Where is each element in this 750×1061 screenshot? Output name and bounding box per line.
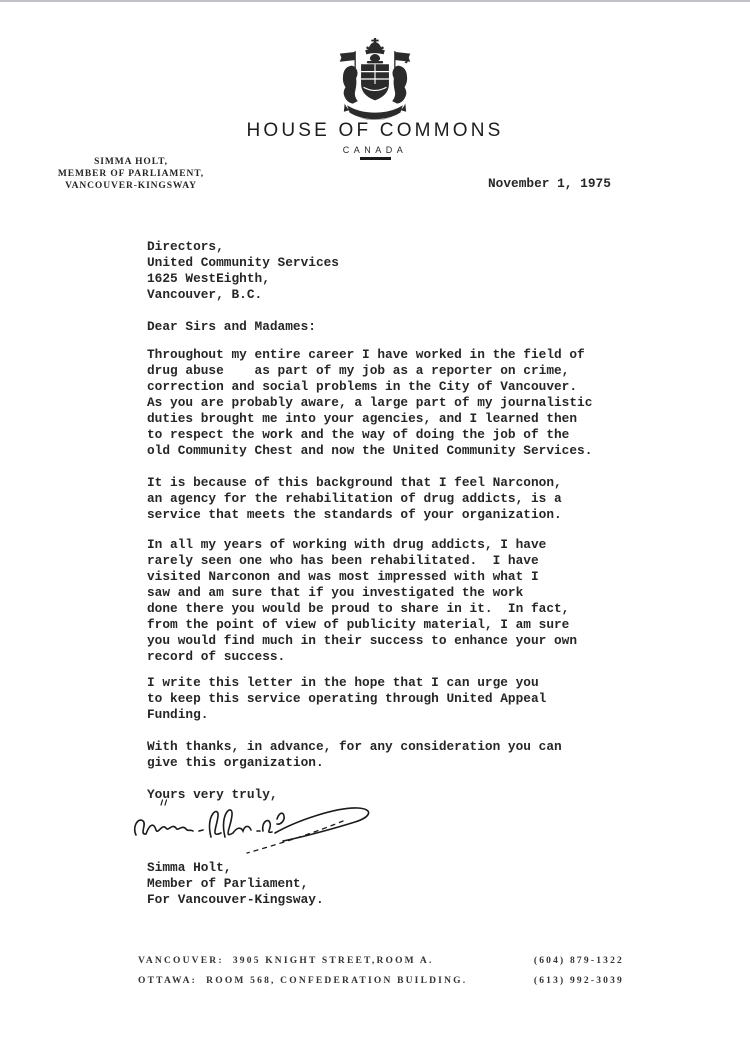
sender-riding: VANCOUVER-KINGSWAY (36, 180, 226, 192)
scan-edge-line (0, 0, 750, 2)
footer-phone: (604) 879-1322 (534, 951, 624, 971)
footer-row-vancouver: VANCOUVER: 3905 KNIGHT STREET,ROOM A. (6… (138, 951, 624, 971)
country-label: CANADA (0, 145, 750, 155)
letterhead-rule (360, 157, 391, 160)
paragraph: Throughout my entire career I have worke… (147, 347, 637, 459)
paragraph: With thanks, in advance, for any conside… (147, 739, 637, 771)
letter-page: HOUSE OF COMMONS CANADA SIMMA HOLT, MEMB… (0, 0, 750, 1061)
letter-body: Directors, United Community Services 162… (147, 239, 637, 803)
signer-block: Simma Holt, Member of Parliament, For Va… (147, 860, 324, 908)
footer-address: OTTAWA: ROOM 568, CONFEDERATION BUILDING… (138, 971, 467, 991)
footer-address: VANCOUVER: 3905 KNIGHT STREET,ROOM A. (138, 951, 434, 971)
handwritten-signature-icon (130, 797, 388, 859)
paragraph: It is because of this background that I … (147, 475, 637, 523)
footer: VANCOUVER: 3905 KNIGHT STREET,ROOM A. (6… (138, 951, 624, 991)
sender-block: SIMMA HOLT, MEMBER OF PARLIAMENT, VANCOU… (36, 156, 226, 192)
date-line: November 1, 1975 (488, 176, 611, 192)
paragraph: I write this letter in the hope that I c… (147, 675, 637, 723)
recipient-block: Directors, United Community Services 162… (147, 239, 637, 303)
paragraph: In all my years of working with drug add… (147, 537, 637, 665)
sender-name: SIMMA HOLT, (36, 156, 226, 168)
org-title: HOUSE OF COMMONS (0, 120, 750, 142)
sender-role: MEMBER OF PARLIAMENT, (36, 168, 226, 180)
canada-coat-of-arms-icon (334, 38, 416, 120)
salutation: Dear Sirs and Madames: (147, 319, 637, 335)
footer-row-ottawa: OTTAWA: ROOM 568, CONFEDERATION BUILDING… (138, 971, 624, 991)
footer-phone: (613) 992-3039 (534, 971, 624, 991)
